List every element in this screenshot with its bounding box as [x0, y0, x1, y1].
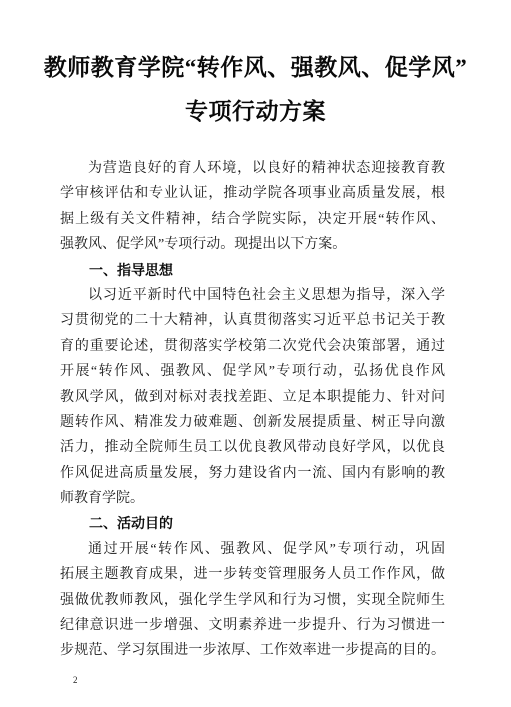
document-page: 教师教育学院“转作风、强教风、促学风” 专项行动方案 为营造良好的育人环境，以良… [0, 0, 511, 707]
body-line: 据上级有关文件精神，结合学院实际，决定开展“转作风、 [60, 207, 445, 232]
document-title: 教师教育学院“转作风、强教风、促学风” 专项行动方案 [0, 46, 511, 134]
body-line: 教风学风，做到对标对表找差距、立足本职提能力、针对问 [60, 385, 445, 410]
body-line: 强做优教师教风，强化学生学风和行为习惯，实现全院师生 [60, 588, 445, 613]
body-line: 强教风、促学风”专项行动。现提出以下方案。 [60, 232, 445, 257]
body-line: 以习近平新时代中国特色社会主义思想为指导，深入学 [60, 283, 445, 308]
body-line: 习贯彻党的二十大精神，认真贯彻落实习近平总书记关于教 [60, 308, 445, 333]
body-line: 师教育学院。 [60, 486, 445, 511]
body-line: 育的重要论述，贯彻落实学校第二次党代会决策部署，通过 [60, 334, 445, 359]
body-line: 活力，推动全院师生员工以优良教风带动良好学风，以优良 [60, 435, 445, 460]
page-number: 2 [73, 675, 78, 686]
body-line: 步规范、学习氛围进一步浓厚、工作效率进一步提高的目的。 [60, 638, 445, 663]
body-line: 作风促进高质量发展，努力建设省内一流、国内有影响的教 [60, 461, 445, 486]
body-line: 学审核评估和专业认证，推动学院各项事业高质量发展，根 [60, 181, 445, 206]
section-heading: 二、活动目的 [60, 511, 445, 536]
section-heading: 一、指导思想 [60, 258, 445, 283]
body-line: 纪律意识进一步增强、文明素养进一步提升、行为习惯进一 [60, 613, 445, 638]
document-body: 为营造良好的育人环境，以良好的精神状态迎接教育教学审核评估和专业认证，推动学院各… [60, 156, 445, 664]
document-title-line-2: 专项行动方案 [0, 90, 511, 134]
body-line: 通过开展“转作风、强教风、促学风”专项行动，巩固 [60, 537, 445, 562]
body-line: 题转作风、精准发力破难题、创新发展提质量、树正导向激 [60, 410, 445, 435]
body-line: 为营造良好的育人环境，以良好的精神状态迎接教育教 [60, 156, 445, 181]
document-title-line-1: 教师教育学院“转作风、强教风、促学风” [0, 46, 511, 90]
body-line: 拓展主题教育成果，进一步转变管理服务人员工作作风，做 [60, 562, 445, 587]
body-line: 开展“转作风、强教风、促学风”专项行动，弘扬优良作风 [60, 359, 445, 384]
